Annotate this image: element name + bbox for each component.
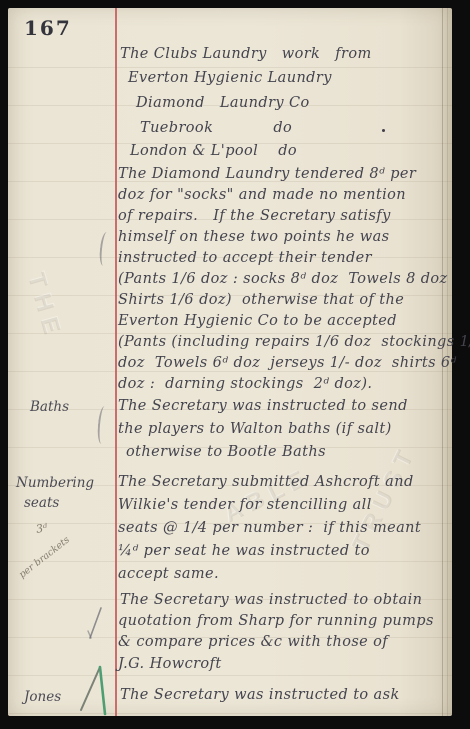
handwritten-line: The Secretary was instructed to obtain [120, 592, 422, 608]
handwritten-line: London & L'pool do [130, 143, 297, 159]
handwritten-line: (Pants 1/6 doz : socks 8ᵈ doz Towels 8 d… [118, 271, 448, 287]
handwritten-line: The Secretary submitted Ashcroft and [118, 474, 414, 490]
handwritten-line: accept same. [118, 566, 219, 582]
handwritten-line: The Secretary was instructed to ask [120, 687, 400, 703]
pencil-check-mark [88, 604, 108, 644]
handwritten-line: Everton Hygienic Laundry [128, 70, 332, 86]
handwritten-line: quotation from Sharp for running pumps [118, 613, 434, 629]
handwritten-line: & compare prices &c with those of [118, 634, 388, 650]
ledger-paper: 167 THE ABLE TRUST The Clubs Laundry wor… [8, 8, 452, 716]
handwritten-line: of repairs. If the Secretary satisfy [118, 208, 391, 224]
margin-note-baths: Baths [30, 399, 69, 415]
handwritten-line: The Diamond Laundry tendered 8ᵈ per [118, 166, 416, 182]
handwritten-line: Wilkie's tender for stencilling all [118, 497, 372, 513]
handwritten-line: instructed to accept their tender [118, 250, 372, 266]
margin-note-seats: seats [24, 495, 59, 511]
handwritten-line: doz : darning stockings 2ᵈ doz). [118, 376, 372, 392]
handwritten-line: ¼ᵈ per seat he was instructed to [118, 543, 370, 559]
handwritten-line: (Pants (including repairs 1/6 doz stocki… [118, 334, 470, 350]
pencil-note-price: 3ᵈ [35, 521, 48, 536]
handwritten-line: seats @ 1/4 per number : if this meant [118, 520, 421, 536]
margin-note-jones: Jones [24, 689, 61, 705]
handwritten-line: otherwise to Bootle Baths [126, 444, 326, 460]
stray-ink-dot [382, 129, 385, 132]
handwritten-line: The Clubs Laundry work from [120, 46, 372, 62]
page-number: 167 [24, 16, 72, 40]
red-margin-rule [115, 8, 117, 716]
handwritten-line: J.G. Howcroft [118, 656, 222, 672]
handwritten-line: doz Towels 6ᵈ doz jerseys 1/- doz shirts… [118, 355, 457, 371]
handwritten-line: the players to Walton baths (if salt) [118, 421, 392, 437]
handwritten-line: Tuebrook do [140, 120, 292, 136]
handwritten-line: The Secretary was instructed to send [118, 398, 408, 414]
green-check-mark [76, 660, 116, 720]
handwritten-line: Everton Hygienic Co to be accepted [118, 313, 397, 329]
handwritten-line: doz for "socks" and made no mention [118, 187, 406, 203]
handwritten-line: Shirts 1/6 doz) otherwise that of the [118, 292, 404, 308]
margin-note-numbering: Numbering [16, 475, 94, 491]
scanned-minute-book-page: 167 THE ABLE TRUST The Clubs Laundry wor… [0, 0, 470, 729]
handwritten-line: Diamond Laundry Co [136, 95, 310, 111]
handwritten-line: himself on these two points he was [118, 229, 390, 245]
